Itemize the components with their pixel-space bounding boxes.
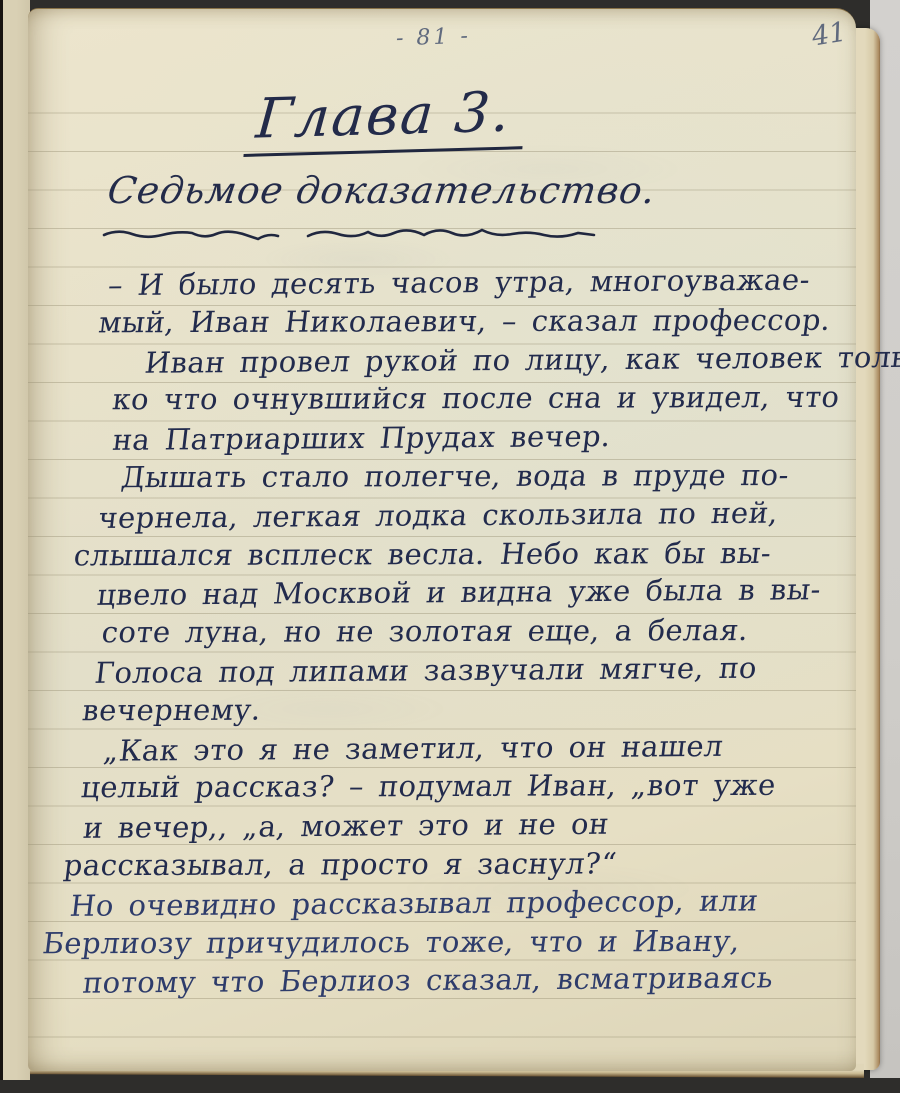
chapter-title: Глава 3. [243,81,527,156]
folio-number-corner: 41 [810,17,849,53]
manuscript-line: цвело над Москвой и видна уже была в вы- [95,570,857,615]
manuscript-line: слышался всплеск весла. Небо как бы вы- [72,533,862,575]
photo-of-manuscript-notebook: - 81 - 41 Глава 3. Седьмое доказательств… [0,0,900,1093]
manuscript-line: потому что Берлиоз сказал, всматриваясь [81,958,811,1002]
manuscript-page: - 81 - 41 Глава 3. Седьмое доказательств… [28,8,856,1071]
manuscript-line: рассказывал, а просто я заснул?“ [62,844,825,885]
manuscript-body: – И было десять часов утра, многоуважае-… [16,262,894,1002]
wavy-underline [100,221,600,247]
manuscript-line: „Как это я не заметил, что он нашел [102,726,839,771]
manuscript-line: Берлиозу причудилось тоже, что и Ивану, [41,921,816,962]
manuscript-line: Голоса под липами зазвучали мягче, по [93,648,848,693]
manuscript-line: соте луна, но не золотая еще, а белая. [100,611,853,652]
manuscript-line: мый, Иван Николаевич, – сказал профессор… [97,300,890,342]
manuscript-line: целый рассказ? – подумал Иван, „вот уже [79,766,834,807]
folio-number-center: - 81 - [396,24,472,52]
manuscript-line: ко что очнувшийся после сна и увидел, чт… [110,378,880,419]
manuscript-line: – И было десять часов утра, многоуважае- [106,260,894,305]
manuscript-line: и вечер,, „а, может это и не он [81,803,829,848]
chapter-subtitle: Седьмое доказательство. [105,169,659,212]
manuscript-line: на Патриарших Прудах вечер. [111,415,876,460]
manuscript-line: Дышать стало полегче, вода в пруде по- [119,456,871,497]
manuscript-line: чернела, легкая лодка скользила по ней, [96,493,866,538]
manuscript-line: Иван провел рукой по лицу, как человек т… [143,338,885,383]
manuscript-line: вечернему. [80,688,843,729]
manuscript-line: Но очевидно рассказывал профессор, или [68,881,820,926]
